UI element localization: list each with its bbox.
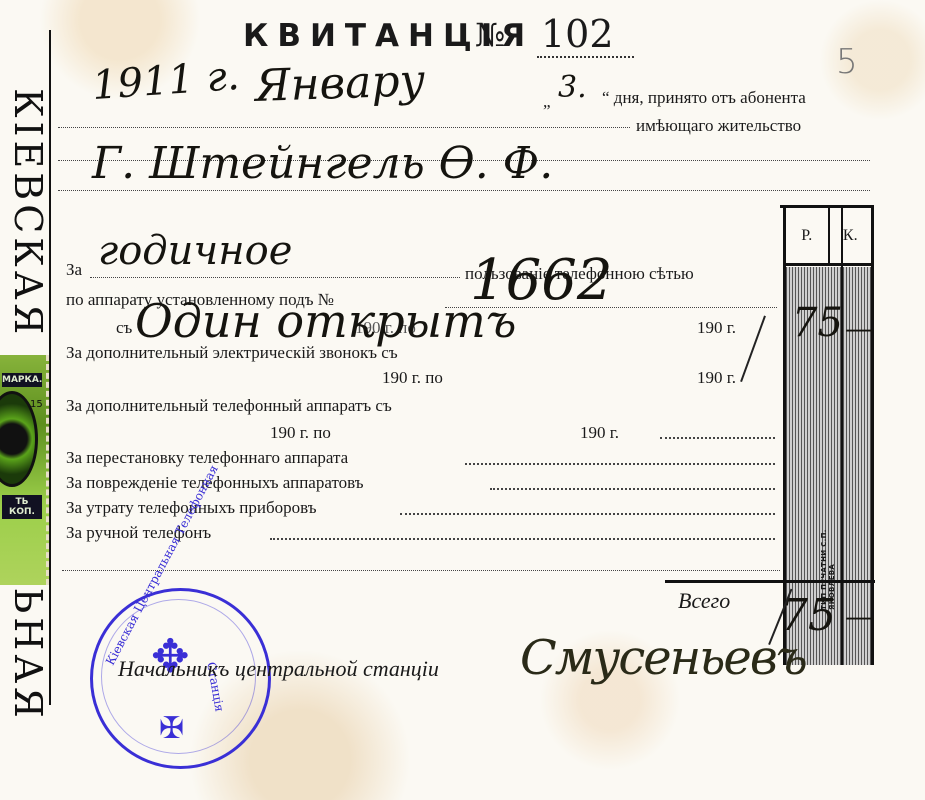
line-10-dotline [400, 513, 775, 515]
year-handwritten: 1911 г. [91, 53, 241, 109]
table-header-rule [783, 263, 874, 266]
side-border-rule [49, 30, 51, 705]
line-3-handwritten: Один открытъ [135, 294, 516, 348]
revenue-stamp: МАРКА. 15 ТЬ КОП. [0, 355, 49, 585]
line-6-prefix: За дополнительный телефонный аппаратъ съ [66, 396, 392, 416]
day-prefix: „ [543, 92, 551, 112]
crossed-emblem-icon: ✠ [159, 711, 184, 746]
total-kopecks: — [845, 600, 873, 633]
line-11-dotline [270, 538, 775, 540]
pencil-mark: 5 [836, 42, 858, 82]
residence-label: имѣющаго жительство [636, 116, 801, 136]
line-4-prefix: За дополнительный электрическій звонокъ … [66, 343, 398, 363]
total-label: Всего [678, 588, 730, 614]
line-1-handwritten: годичное [98, 228, 292, 274]
line-3-kopecks: — [845, 312, 873, 345]
separator-dotline [62, 570, 780, 571]
receipt-number: 102 [537, 12, 634, 58]
line-3-suffix: 190 г. [697, 318, 736, 338]
revenue-stamp-bottom-label: ТЬ КОП. [2, 495, 42, 519]
line-3-rubles: 75 [792, 300, 843, 346]
line-5-suffix: 190 г. [697, 368, 736, 388]
day-handwritten: 3. [558, 70, 587, 105]
line-7-suffix: 190 г. [580, 423, 619, 443]
line-7-dotline [660, 437, 775, 439]
residence-dotline [58, 127, 630, 128]
signature-label: Начальникъ центральной станціи [118, 656, 439, 682]
month-handwritten: Январу [254, 55, 426, 112]
rubles-header: Р. [786, 208, 828, 263]
line-3-prefix: съ [116, 318, 132, 338]
check-stroke-1 [741, 316, 766, 382]
receipt-paper: КІЕВСКАЯ ЦЕНТРАЛЬНАЯ СѢТЬ МАРКА. 15 ТЬ К… [0, 0, 925, 800]
signature-handwritten: Смусеньевъ [520, 630, 806, 686]
line-7-middle: 190 г. по [270, 423, 331, 443]
line-8-dotline [465, 463, 775, 465]
revenue-stamp-value: 15 [30, 399, 43, 410]
subscriber-handwritten: Г. Штейнгель Ө. Ф. [92, 138, 553, 189]
kopecks-header: К. [828, 208, 872, 263]
total-rule [665, 580, 875, 583]
line-1-prefix: За [66, 260, 82, 280]
line-9-dotline [490, 488, 775, 490]
day-suffix: “ дня, принято отъ абонента [602, 88, 806, 108]
number-sign: № [475, 16, 505, 54]
line-1-dotline [90, 277, 460, 278]
column-divider [841, 205, 843, 665]
line-5-middle: 190 г. по [382, 368, 443, 388]
subscriber-dotline-2 [58, 190, 870, 191]
revenue-stamp-top-label: МАРКА. [2, 373, 42, 387]
